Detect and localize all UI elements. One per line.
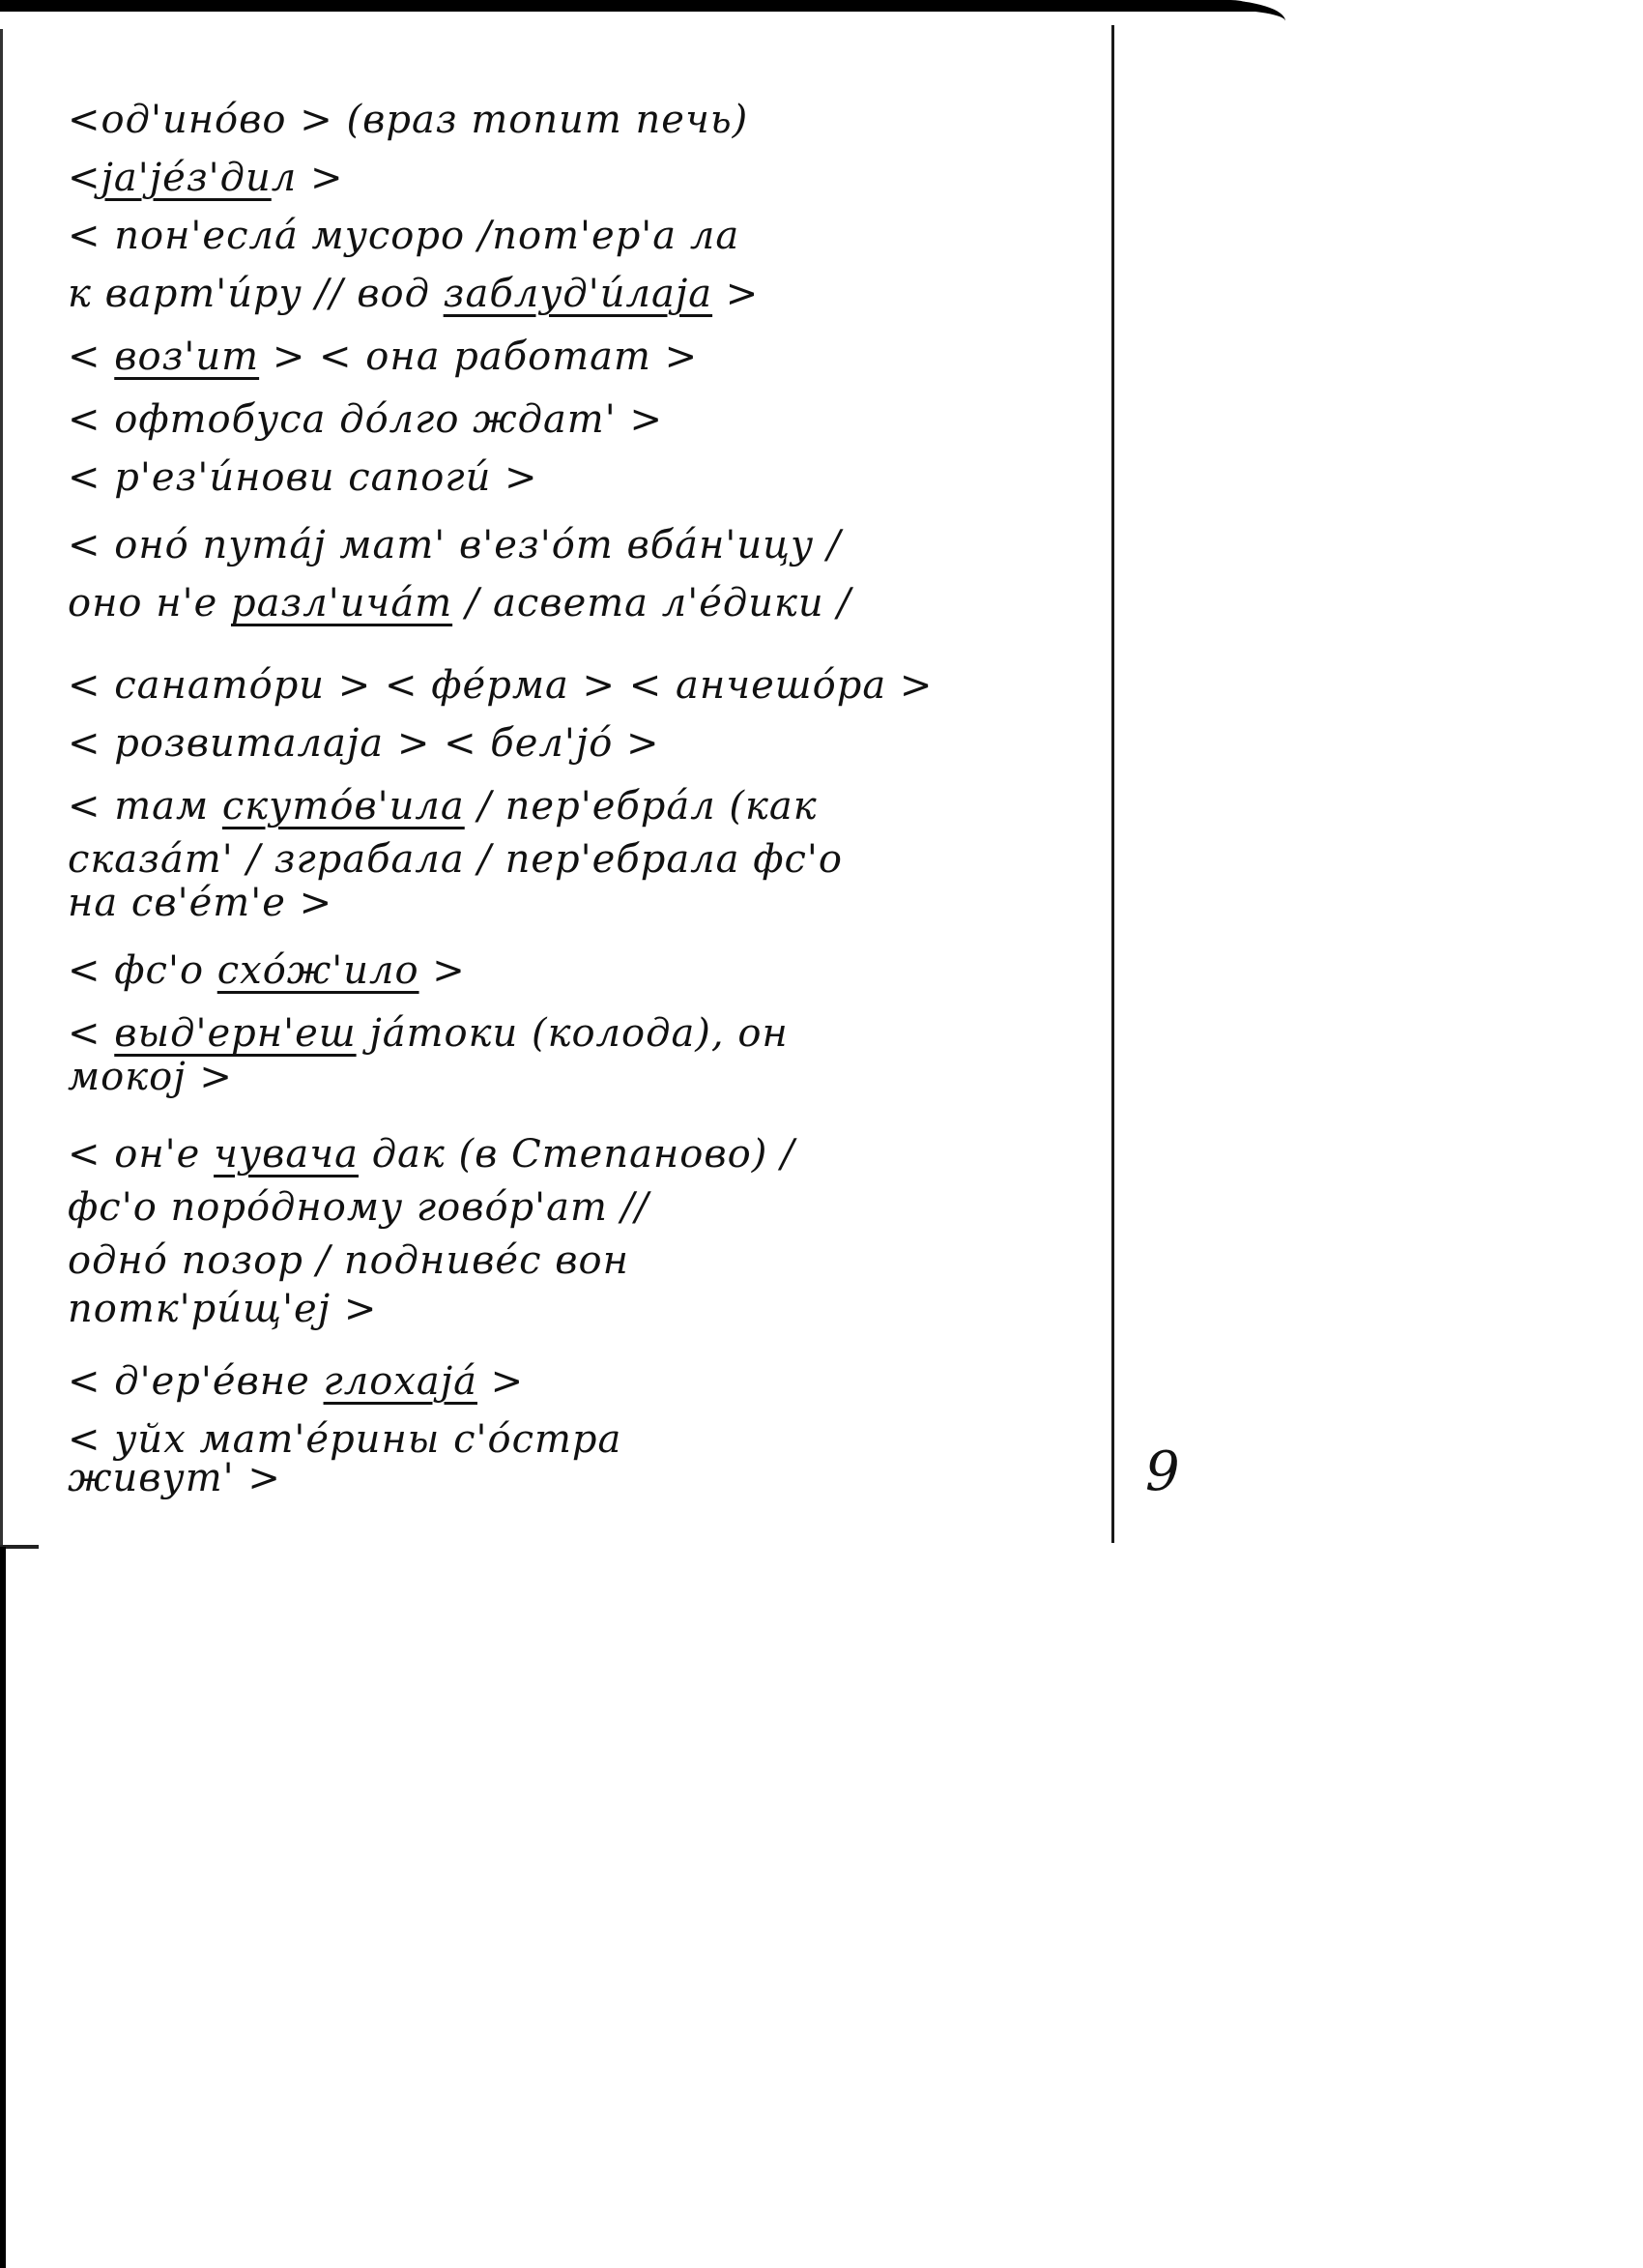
note-line: < пон'есла́ мусоро /пот'ер'а ла [68, 213, 739, 259]
note-line: одно́ позор / подниве́с вон [68, 1237, 629, 1284]
note-line: <ја'је́з'дил > [68, 155, 343, 201]
note-line: < воз'ит > < она работат > [68, 334, 698, 380]
note-line: < там скуто́в'ила / пер'ебра́л (как [68, 783, 818, 829]
note-line: потк'ри́щ'еј > [68, 1286, 377, 1332]
margin-rule [1111, 25, 1114, 1543]
page-number: 9 [1145, 1440, 1180, 1503]
note-line: <од'ино́во > (враз топит печь) [68, 97, 748, 143]
scan-artifact-left-edge [0, 29, 3, 1547]
note-line: живут' > [68, 1455, 281, 1501]
scan-artifact-bottom-left [0, 1547, 6, 2268]
note-line: < он'е чувача дак (в Степаново) / [68, 1131, 795, 1178]
note-line: на св'е́т'е > [68, 880, 332, 926]
note-line: оно н'е разл'ича́т / асвета л'е́дики / [68, 580, 851, 626]
note-line: к варт'и́ру // вод заблуд'и́лаја > [68, 271, 759, 317]
note-line: < выд'ерн'еш ја́токи (колода), он [68, 1010, 789, 1057]
note-line: < розвиталаја > < бел'јо́ > [68, 720, 660, 767]
note-line: мокој > [68, 1054, 233, 1100]
note-line: < офтобуса до́лго ждат' > [68, 396, 663, 443]
note-line: < фс'о схо́ж'ило > [68, 947, 466, 994]
note-line: < д'ер'е́вне глохаја́ > [68, 1358, 524, 1405]
scan-artifact-top [0, 0, 1256, 12]
note-line: < санато́ри > < фе́рма > < анчешо́ра > [68, 662, 933, 709]
scan-artifact-top-curve [1208, 0, 1285, 21]
scan-artifact-bottom-tick [0, 1545, 39, 1549]
note-line: < оно́ пута́ј мат' в'ез'о́т вба́н'ицу / [68, 522, 841, 568]
note-line: фс'о поро́дному гово́р'ат // [68, 1184, 649, 1231]
note-line: сказа́т' / зграбала / пер'ебрала фс'о [68, 836, 843, 883]
note-line: < р'ез'и́нови сапоги́ > [68, 454, 538, 501]
